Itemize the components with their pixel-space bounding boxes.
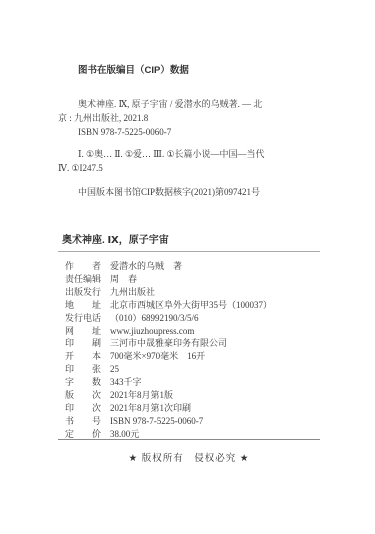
cip-record-line-2: 京 : 九州出版社, 2021.8: [58, 111, 320, 125]
row-value: ISBN 978-7-5225-0060-7: [110, 415, 203, 428]
row-value: 700毫米×970毫米 16开: [110, 350, 205, 363]
title-divider: [58, 251, 320, 252]
row-wordcount: 字 数 343千字: [58, 376, 320, 389]
row-value: 周 春: [110, 273, 137, 286]
row-publisher: 出版发行 九州出版社: [58, 286, 320, 299]
cip-registry-line: 中国版本图书馆CIP数据核字(2021)第097421号: [58, 185, 320, 199]
row-printer: 印 刷 三河市中晟雅豪印务有限公司: [58, 337, 320, 350]
copyright-page: 图书在版编目（CIP）数据 奥术神座. Ⅸ, 原子宇宙 / 爱潜水的乌贼著. —…: [0, 0, 375, 534]
cip-isbn-line: ISBN 978-7-5225-0060-7: [58, 125, 320, 139]
row-value: www.jiuzhoupress.com: [110, 325, 194, 338]
row-label: 版 次: [65, 389, 102, 402]
cip-block: 图书在版编目（CIP）数据 奥术神座. Ⅸ, 原子宇宙 / 爱潜水的乌贼著. —…: [58, 64, 320, 199]
row-value: 九州出版社: [110, 286, 155, 299]
colophon-rows: 作 者 爱潜水的乌贼 著 责任编辑 周 春 出版发行 九州出版社 地 址 北京市…: [58, 260, 320, 441]
row-address: 地 址 北京市西城区阜外大街甲35号（100037）: [58, 299, 320, 312]
copyright-notice: ★ 版权所有 侵权必究 ★: [58, 450, 320, 464]
cip-class-line-2: Ⅳ. ①I247.5: [58, 161, 320, 175]
row-label: 地 址: [65, 299, 102, 312]
cip-record-line-1: 奥术神座. Ⅸ, 原子宇宙 / 爱潜水的乌贼著. — 北: [58, 97, 320, 111]
row-value: 三河市中晟雅豪印务有限公司: [110, 337, 227, 350]
row-label: 字 数: [65, 376, 102, 389]
row-value: 343千字: [110, 376, 142, 389]
row-label: 网 址: [65, 325, 102, 338]
row-label: 发行电话: [65, 312, 102, 325]
row-impression: 印 次 2021年8月第1次印刷: [58, 402, 320, 415]
row-value: 2021年8月第1次印刷: [110, 402, 191, 415]
cip-class-line-1: Ⅰ. ①奥… Ⅱ. ①爱… Ⅲ. ①长篇小说—中国—当代: [58, 147, 320, 161]
cip-record: 奥术神座. Ⅸ, 原子宇宙 / 爱潜水的乌贼著. — 北 京 : 九州出版社, …: [58, 97, 320, 139]
copyright-footer: ★ 版权所有 侵权必究 ★: [58, 439, 320, 464]
row-value: 北京市西城区阜外大街甲35号（100037）: [110, 299, 272, 312]
row-website: 网 址 www.jiuzhoupress.com: [58, 325, 320, 338]
row-value: （010）68992190/3/5/6: [110, 312, 199, 325]
row-author: 作 者 爱潜水的乌贼 著: [58, 260, 320, 273]
row-label: 印 次: [65, 402, 102, 415]
row-value: 爱潜水的乌贼 著: [110, 260, 182, 273]
row-label: 开 本: [65, 350, 102, 363]
row-label: 印 刷: [65, 337, 102, 350]
row-value: 25: [110, 363, 119, 376]
row-label: 出版发行: [65, 286, 102, 299]
book-title: 奥术神座. Ⅸ，原子宇宙: [58, 234, 320, 247]
row-label: 印 张: [65, 363, 102, 376]
colophon-block: 奥术神座. Ⅸ，原子宇宙 作 者 爱潜水的乌贼 著 责任编辑 周 春 出版发行 …: [58, 234, 320, 441]
row-value: 2021年8月第1版: [110, 389, 173, 402]
cip-classification: Ⅰ. ①奥… Ⅱ. ①爱… Ⅲ. ①长篇小说—中国—当代 Ⅳ. ①I247.5: [58, 147, 320, 175]
row-phone: 发行电话 （010）68992190/3/5/6: [58, 312, 320, 325]
row-edition: 版 次 2021年8月第1版: [58, 389, 320, 402]
row-format: 开 本 700毫米×970毫米 16开: [58, 350, 320, 363]
row-label: 作 者: [65, 260, 102, 273]
row-sheets: 印 张 25: [58, 363, 320, 376]
row-label: 责任编辑: [65, 273, 102, 286]
row-editor: 责任编辑 周 春: [58, 273, 320, 286]
row-label: 书 号: [65, 415, 102, 428]
cip-heading: 图书在版编目（CIP）数据: [58, 64, 320, 78]
row-isbn: 书 号 ISBN 978-7-5225-0060-7: [58, 415, 320, 428]
